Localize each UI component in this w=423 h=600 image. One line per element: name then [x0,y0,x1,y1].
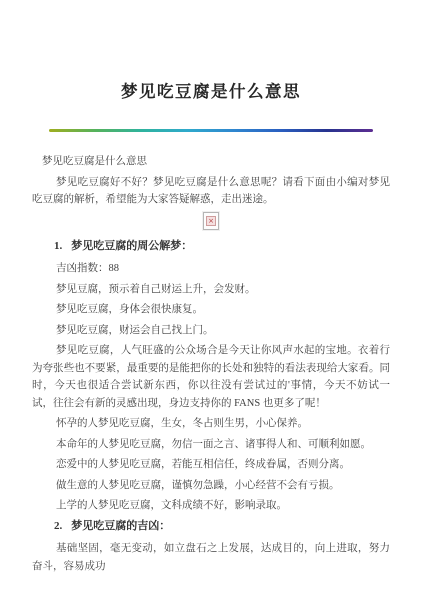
image-placeholder[interactable]: × [203,212,219,230]
broken-image-icon: × [206,216,216,226]
intro-paragraph: 梦见吃豆腐好不好？梦见吃豆腐是什么意思呢？请看下面由小编对梦见吃豆腐的解析，希望… [32,174,390,209]
body-paragraph: 梦见吃豆腐，财运会自己找上门。 [32,322,390,340]
luck-index-paragraph: 吉凶指数：88 [32,260,390,278]
image-placeholder-row: × [32,212,390,230]
body-paragraph: 怀孕的人梦见吃豆腐，生女，冬占则生男，小心保养。 [32,415,390,433]
body-paragraph: 梦见豆腐，预示着自己财运上升，会发财。 [32,281,390,299]
body-paragraph: 恋爱中的人梦见吃豆腐，若能互相信任，终成眷属，否则分离。 [32,456,390,474]
section-1-heading: 1.梦见吃豆腐的周公解梦： [32,238,390,256]
section-1-heading-text: 梦见吃豆腐的周公解梦： [71,240,192,252]
section-2-heading: 2.梦见吃豆腐的吉凶： [32,518,390,536]
page-title: 梦见吃豆腐是什么意思 [32,81,390,103]
body-paragraph: 上学的人梦见吃豆腐，文科成绩不好，影响录取。 [32,497,390,515]
body-paragraph: 本命年的人梦见吃豆腐，勿信一面之言、诸事得人和、可顺利如愿。 [32,436,390,454]
article-subtitle: 梦见吃豆腐是什么意思 [32,153,390,171]
title-divider [49,129,373,132]
section-2-number: 2. [54,520,62,532]
section-1-number: 1. [54,240,62,252]
article-page: 梦见吃豆腐是什么意思 梦见吃豆腐是什么意思 梦见吃豆腐好不好？梦见吃豆腐是什么意… [0,0,423,600]
body-paragraph: 梦见吃豆腐，身体会很快康复。 [32,301,390,319]
section-2-heading-text: 梦见吃豆腐的吉凶： [71,520,170,532]
body-paragraph: 做生意的人梦见吃豆腐，谨慎勿急躁，小心经营不会有亏损。 [32,477,390,495]
body-paragraph: 梦见吃豆腐，人气旺盛的公众场合是今天让你风声水起的宝地。衣着行为夸张些也不要紧，… [32,342,390,412]
body-paragraph: 基础坚固，毫无变动，如立盘石之上发展，达成目的，向上进取，努力奋斗，容易成功 [32,540,390,575]
